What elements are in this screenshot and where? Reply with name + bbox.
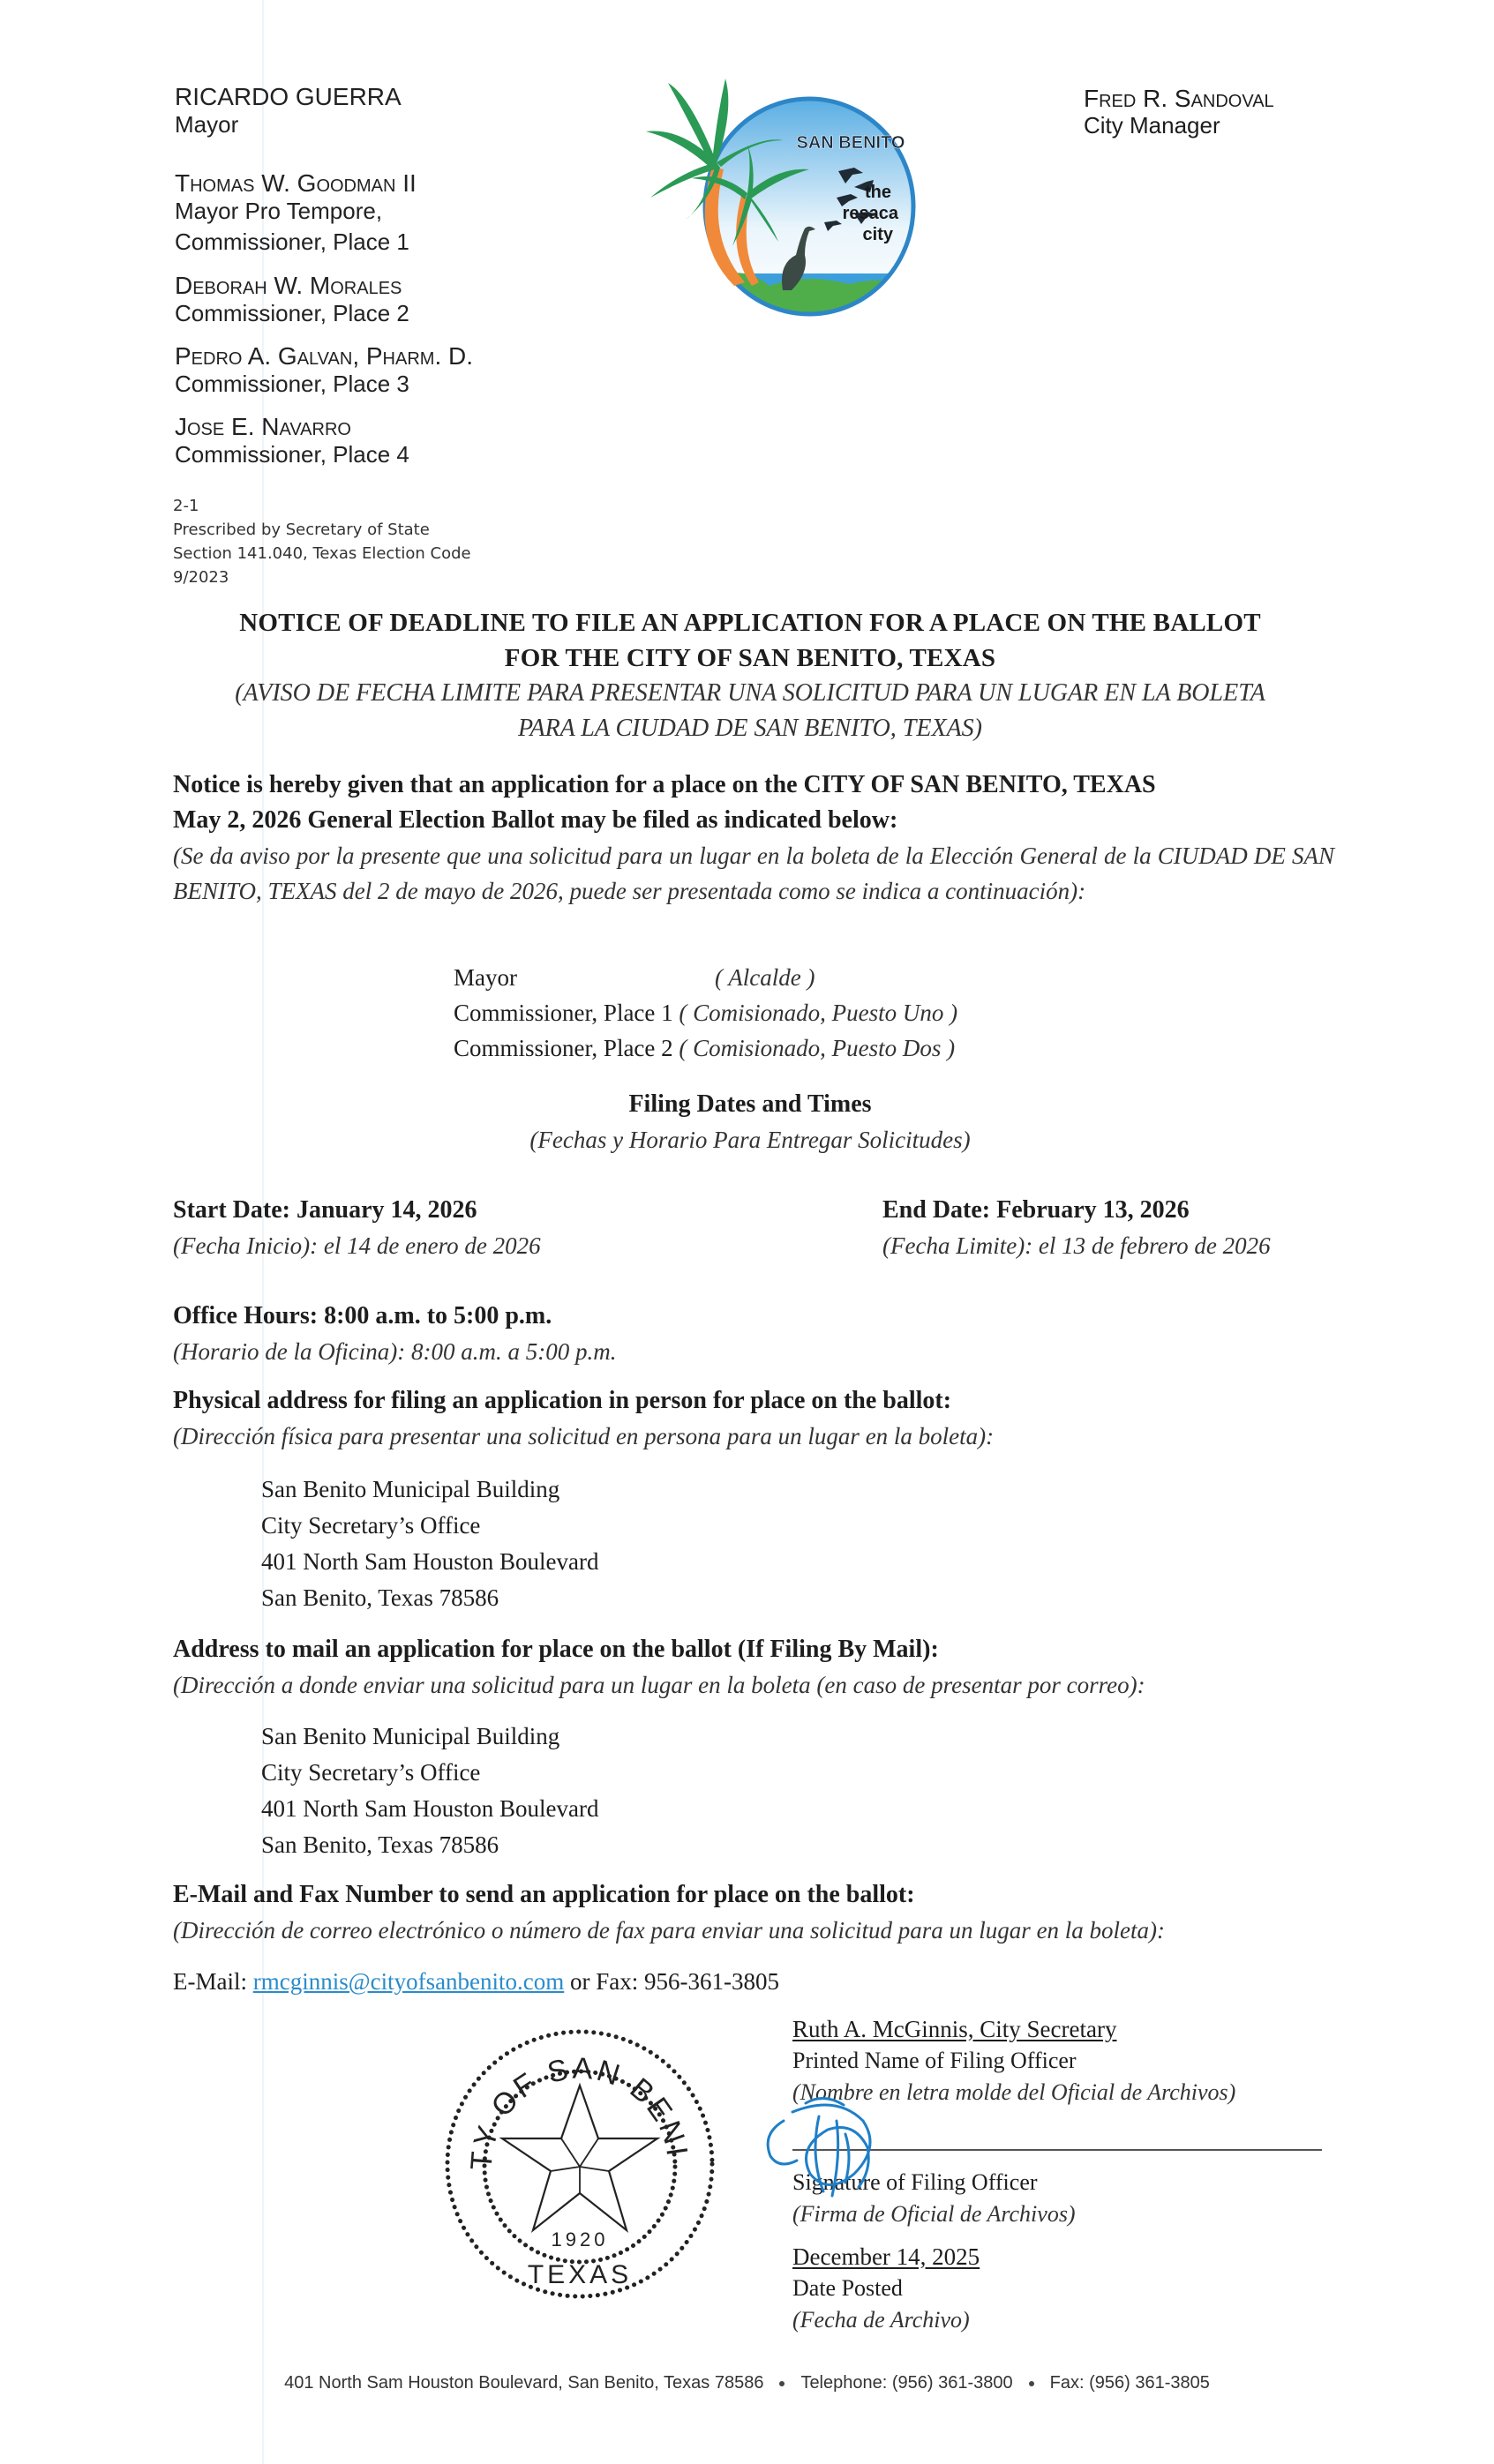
office-es: ( Comisionado, Puesto Uno ) — [679, 1000, 957, 1026]
email-fax-heading-es: (Dirección de correo electrónico o númer… — [173, 1913, 1165, 1948]
manager-name: Fred R. Sandoval — [1084, 85, 1274, 112]
office-item: Commissioner, Place 2 ( Comisionado, Pue… — [454, 1030, 957, 1066]
member-role: Commissioner, Place 3 — [175, 371, 473, 398]
address-line: 401 North Sam Houston Boulevard — [261, 1544, 598, 1580]
physical-heading-es: (Dirección física para presentar una sol… — [173, 1419, 994, 1454]
filing-dates-heading: Filing Dates and Times (Fechas y Horario… — [159, 1087, 1341, 1157]
start-date-es: (Fecha Inicio): el 14 de enero de 2026 — [173, 1228, 541, 1263]
date-posted-label: Date Posted — [792, 2273, 1235, 2304]
email-link[interactable]: rmcginnis@cityofsanbenito.com — [253, 1968, 565, 1995]
address-line: City Secretary’s Office — [261, 1508, 598, 1544]
notice-paragraph: Notice is hereby given that an applicati… — [173, 768, 1334, 909]
footer-fax: Fax: (956) 361-3805 — [1050, 2373, 1210, 2393]
address-line: San Benito Municipal Building — [261, 1719, 598, 1755]
start-date: Start Date: January 14, 2026 (Fecha Inic… — [173, 1193, 541, 1263]
council-member-place-3: Pedro A. Galvan, Pharm. D. Commissioner,… — [175, 342, 473, 398]
mail-heading-es: (Dirección a donde enviar una solicitud … — [173, 1667, 1145, 1703]
member-role: Commissioner, Place 4 — [175, 441, 409, 468]
member-name: Deborah W. Morales — [175, 272, 402, 299]
council-member-place-4: Jose E. Navarro Commissioner, Place 4 — [175, 413, 409, 468]
notice-en-line-2: May 2, 2026 General Election Ballot may … — [173, 803, 1334, 838]
signature-ink — [757, 2086, 934, 2209]
san-benito-logo: SAN BENITO the resaca city — [628, 74, 920, 317]
printed-name: Ruth A. McGinnis, City Secretary — [792, 2013, 1235, 2045]
physical-heading-en: Physical address for filing an applicati… — [173, 1383, 994, 1419]
notice-title: NOTICE OF DEADLINE TO FILE AN APPLICATIO… — [159, 605, 1341, 746]
form-meta: 2-1 Prescribed by Secretary of State Sec… — [173, 494, 471, 589]
date-posted: December 14, 2025 — [792, 2241, 1235, 2273]
notice-es: (Se da aviso por la presente que una sol… — [173, 838, 1334, 909]
start-date-en: Start Date: January 14, 2026 — [173, 1193, 541, 1228]
address-line: City Secretary’s Office — [261, 1755, 598, 1791]
notice-en-line-1: Notice is hereby given that an applicati… — [173, 768, 1334, 803]
address-line: San Benito Municipal Building — [261, 1472, 598, 1508]
footer-address: 401 North Sam Houston Boulevard, San Ben… — [284, 2373, 763, 2393]
member-name: Jose E. Navarro — [175, 413, 351, 440]
svg-text:SAN BENITO: SAN BENITO — [797, 133, 905, 153]
svg-text:the: the — [865, 183, 891, 202]
bullet-icon — [1029, 2381, 1034, 2386]
filing-heading-es: (Fechas y Horario Para Entregar Solicitu… — [159, 1122, 1341, 1157]
office-item: Commissioner, Place 1 ( Comisionado, Pue… — [454, 995, 957, 1030]
address-line: San Benito, Texas 78586 — [261, 1580, 598, 1616]
footer-telephone: Telephone: (956) 361-3800 — [800, 2373, 1012, 2393]
svg-text:city: city — [863, 225, 894, 244]
member-name: Thomas W. Goodman II — [175, 169, 417, 197]
office-en: Commissioner, Place 2 — [454, 1030, 673, 1066]
member-role: Mayor Pro Tempore, — [175, 198, 417, 225]
title-line-2: FOR THE CITY OF SAN BENITO, TEXAS — [159, 640, 1341, 676]
title-es-line-2: PARA LA CIUDAD DE SAN BENITO, TEXAS) — [159, 711, 1341, 746]
footer: 401 North Sam Houston Boulevard, San Ben… — [0, 2373, 1494, 2393]
member-name: RICARDO GUERRA — [175, 83, 402, 110]
end-date-es: (Fecha Limite): el 13 de febrero de 2026 — [882, 1228, 1271, 1263]
office-hours-en: Office Hours: 8:00 a.m. to 5:00 p.m. — [173, 1299, 616, 1334]
office-en: Commissioner, Place 1 — [454, 995, 673, 1030]
filing-heading-en: Filing Dates and Times — [159, 1087, 1341, 1122]
mail-address: San Benito Municipal Building City Secre… — [261, 1719, 598, 1863]
member-role: Commissioner, Place 2 — [175, 300, 409, 327]
email-fax-heading: E-Mail and Fax Number to send an applica… — [173, 1877, 1165, 1948]
svg-text:resaca: resaca — [843, 204, 899, 223]
office-hours-es: (Horario de la Oficina): 8:00 a.m. a 5:0… — [173, 1334, 616, 1369]
title-es-line-1: (AVISO DE FECHA LIMITE PARA PRESENTAR UN… — [159, 676, 1341, 711]
mail-address-heading: Address to mail an application for place… — [173, 1632, 1145, 1703]
office-es: ( Alcalde ) — [715, 964, 815, 991]
office-item: Mayor( Alcalde ) — [454, 960, 957, 995]
title-line-1: NOTICE OF DEADLINE TO FILE AN APPLICATIO… — [159, 605, 1341, 640]
council-member-place-1: Thomas W. Goodman II Mayor Pro Tempore, … — [175, 169, 417, 256]
email-fax-heading-en: E-Mail and Fax Number to send an applica… — [173, 1877, 1165, 1913]
member-name: Pedro A. Galvan, Pharm. D. — [175, 342, 473, 370]
city-seal: CITY OF SAN BENITO 1920 TEXAS — [441, 2026, 719, 2303]
form-section: Section 141.040, Texas Election Code — [173, 542, 471, 565]
offices-list: Mayor( Alcalde ) Commissioner, Place 1 (… — [454, 960, 957, 1066]
printed-name-label: Printed Name of Filing Officer — [792, 2045, 1235, 2077]
office-hours: Office Hours: 8:00 a.m. to 5:00 p.m. (Ho… — [173, 1299, 616, 1369]
manager-role: City Manager — [1084, 112, 1220, 139]
email-fax-line: E-Mail: rmcginnis@cityofsanbenito.com or… — [173, 1964, 779, 1999]
address-line: 401 North Sam Houston Boulevard — [261, 1791, 598, 1827]
city-manager: Fred R. Sandoval City Manager — [1084, 85, 1274, 139]
physical-address-heading: Physical address for filing an applicati… — [173, 1383, 994, 1454]
email-label: E-Mail: — [173, 1968, 253, 1995]
office-en: Mayor — [454, 960, 715, 995]
date-posted-label-es: (Fecha de Archivo) — [792, 2304, 1235, 2336]
svg-text:TEXAS: TEXAS — [528, 2260, 632, 2289]
physical-address: San Benito Municipal Building City Secre… — [261, 1472, 598, 1616]
end-date: End Date: February 13, 2026 (Fecha Limit… — [882, 1193, 1271, 1263]
member-role: Mayor — [175, 111, 402, 139]
bullet-icon — [779, 2381, 785, 2386]
address-line: San Benito, Texas 78586 — [261, 1827, 598, 1863]
svg-text:1920: 1920 — [552, 2228, 609, 2251]
form-date: 9/2023 — [173, 565, 471, 589]
member-role: Commissioner, Place 1 — [175, 228, 417, 256]
form-number: 2-1 — [173, 494, 471, 518]
form-prescribed: Prescribed by Secretary of State — [173, 518, 471, 542]
council-member-mayor: RICARDO GUERRA Mayor — [175, 83, 402, 139]
office-es: ( Comisionado, Puesto Dos ) — [679, 1035, 955, 1061]
mail-heading-en: Address to mail an application for place… — [173, 1632, 1145, 1667]
end-date-en: End Date: February 13, 2026 — [882, 1193, 1271, 1228]
fax-number: or Fax: 956-361-3805 — [564, 1968, 779, 1995]
council-member-place-2: Deborah W. Morales Commissioner, Place 2 — [175, 272, 409, 327]
